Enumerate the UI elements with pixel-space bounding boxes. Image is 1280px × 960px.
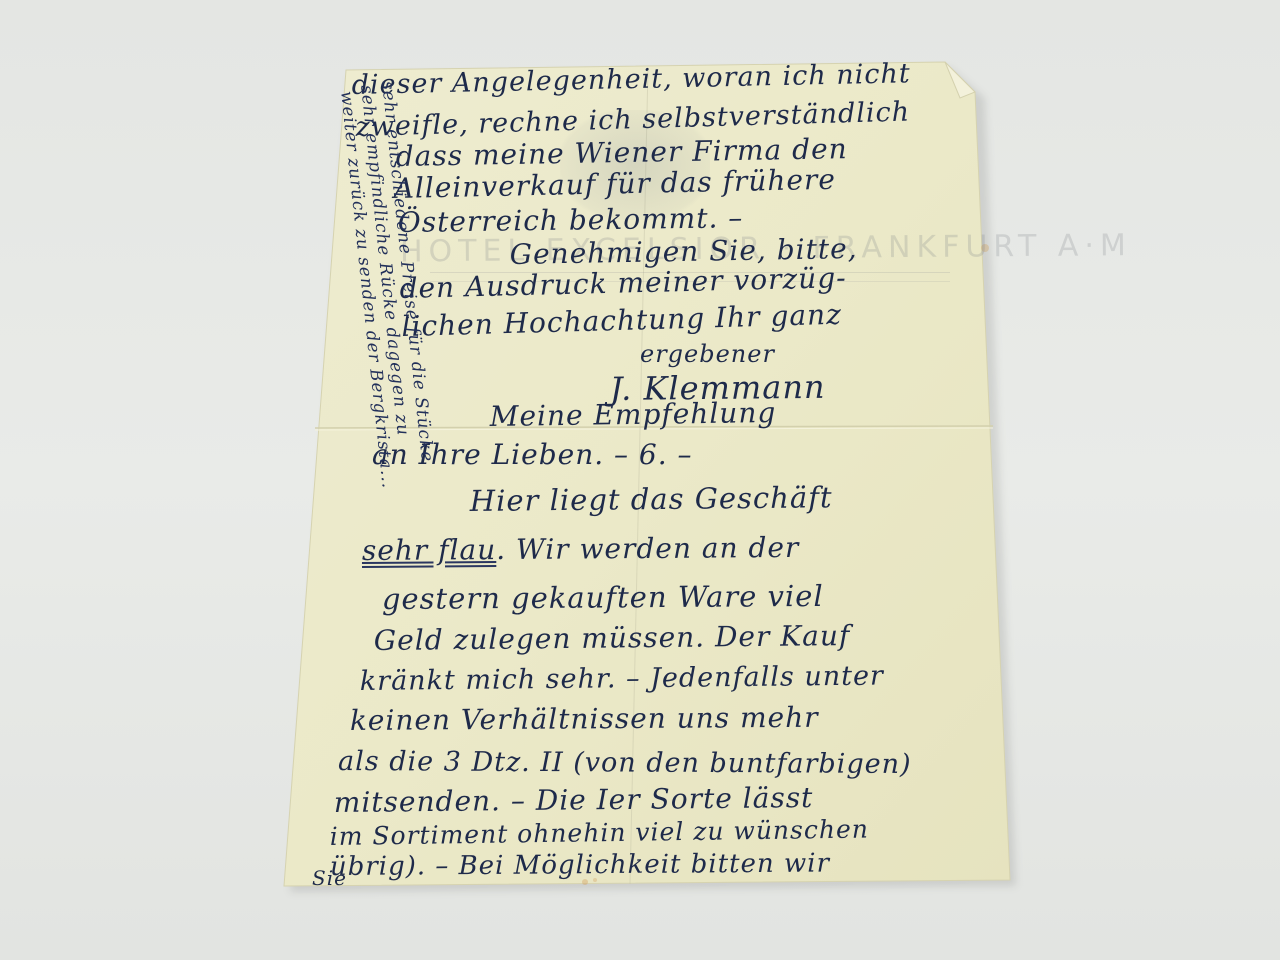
underlined-emphasis: sehr flau	[362, 533, 497, 567]
handwritten-line: keinen Verhältnissen uns mehr	[350, 701, 819, 737]
handwritten-line: Sie	[312, 866, 347, 890]
handwritten-line: sehr flau. Wir werden an der	[362, 531, 800, 567]
closing-phrase: ergebener	[640, 340, 775, 368]
handwritten-line: Hier liegt das Geschäft	[470, 480, 833, 518]
handwritten-line: gestern gekauften Ware viel	[382, 579, 824, 616]
handwritten-line: Geld zulegen müssen. Der Kauf	[374, 619, 851, 657]
handwritten-line: übrig). – Bei Möglichkeit bitten wir	[330, 849, 830, 882]
handwritten-line: kränkt mich sehr. – Jedenfalls unter	[360, 661, 884, 697]
line-rest: . Wir werden an der	[496, 531, 799, 566]
handwritten-line: Österreich bekommt. –	[398, 201, 744, 239]
letter-body: dieser Angelegenheit, woran ich nicht zw…	[0, 0, 1280, 960]
handwritten-line: im Sortiment ohnehin viel zu wünschen	[330, 814, 869, 851]
handwritten-line: mitsenden. – Die Ier Sorte lässt	[334, 781, 814, 819]
handwritten-line: dieser Angelegenheit, woran ich nicht	[351, 58, 911, 101]
handwritten-line: als die 3 Dtz. II (von den buntfarbigen)	[338, 746, 912, 780]
handwritten-line: lichen Hochachtung Ihr ganz	[401, 298, 842, 343]
handwritten-line: Meine Empfehlung	[490, 396, 777, 433]
